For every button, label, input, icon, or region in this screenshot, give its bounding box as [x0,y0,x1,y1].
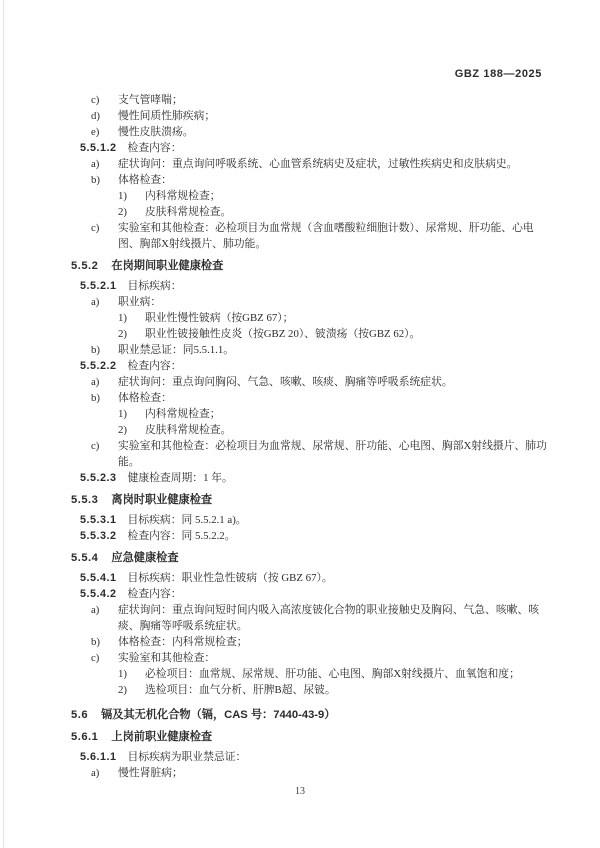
line-text: 检查内容： [128,142,182,154]
document-body: c)支气管哮喘；d)慢性间质性肺疾病；e)慢性皮肤溃疡。5.5.1.2检查内容：… [0,92,600,781]
line-marker: 5.5.2.2 [80,360,117,372]
line-marker: a) [91,156,99,172]
list-item: d)慢性间质性肺疾病； [0,108,600,124]
line-text: 检查内容： [128,588,182,600]
list-item: e)慢性皮肤溃疡。 [0,124,600,140]
list-item: a)症状询问：重点询问呼吸系统、心血管系统病史及症状，过敏性疾病史和皮肤病史。 [0,156,600,172]
line-marker: 5.5.4.1 [80,572,117,584]
line-text: 职业病： [118,296,161,308]
list-item: 2)皮肤科常规检查。 [0,204,600,220]
line-text: 职业性铍接触性皮炎（按GBZ 20）、铍溃疡（按GBZ 62）。 [145,328,420,340]
section-heading: 5.5.2在岗期间职业健康检查 [0,258,600,274]
line-marker: c) [91,220,99,236]
list-item: a)症状询问：重点询问胸闷、气急、咳嗽、咳痰、胸痛等呼吸系统症状。 [0,374,600,390]
line-text: 检查内容：同 5.5.2.2。 [128,530,236,542]
line-marker: 1) [118,310,127,326]
line-text: 职业禁忌证：同5.5.1.1。 [118,344,234,356]
line-marker: 5.5.2.3 [80,472,117,484]
list-item: a)慢性肾脏病； [0,765,600,781]
line-text: 体格检查： [118,392,172,404]
line-marker: c) [91,92,99,108]
line-text: 目标疾病：职业性急性铍病（按 GBZ 67）。 [128,572,333,584]
list-item: 2)皮肤科常规检查。 [0,422,600,438]
line-text: 健康检查周期：1 年。 [128,472,233,484]
line-text: 慢性间质性肺疾病； [118,110,215,122]
line-marker: c) [91,438,99,454]
list-item: 1)内科常规检查； [0,188,600,204]
line-marker: a) [91,294,99,310]
list-item: c)实验室和其他检查：必检项目为血常规、尿常规、肝功能、心电图、胸部X射线摄片、… [0,438,600,470]
line-marker: 5.5.3.2 [80,530,117,542]
clause-line: 5.5.1.2检查内容： [0,140,600,156]
line-marker: 5.5.1.2 [80,142,117,154]
line-marker: 2) [118,326,127,342]
line-text: 目标疾病：同 5.5.2.1 a)。 [128,514,247,526]
list-item: b)职业禁忌证：同5.5.1.1。 [0,342,600,358]
list-item: 1)必检项目：血常规、尿常规、肝功能、心电图、胸部X射线摄片、血氧饱和度； [0,666,600,682]
line-text: 症状询问：重点询问胸闷、气急、咳嗽、咳痰、胸痛等呼吸系统症状。 [118,376,453,388]
line-marker: 5.6.1 [71,731,98,743]
line-text: 慢性皮肤溃疡。 [118,126,194,138]
section-heading: 5.6.1上岗前职业健康检查 [0,729,600,745]
line-marker: 5.5.3 [71,494,98,506]
line-text: 慢性肾脏病； [118,767,183,779]
list-item: b)体格检查： [0,390,600,406]
line-text: 体格检查： [118,174,172,186]
section-heading: 5.5.3离岗时职业健康检查 [0,492,600,508]
line-text: 实验室和其他检查： [118,652,215,664]
line-text: 目标疾病为职业禁忌证： [128,751,247,763]
clause-line: 5.5.4.1目标疾病：职业性急性铍病（按 GBZ 67）。 [0,570,600,586]
clause-line: 5.5.3.1目标疾病：同 5.5.2.1 a)。 [0,512,600,528]
list-item: c)实验室和其他检查： [0,650,600,666]
line-marker: d) [91,108,100,124]
line-marker: 2) [118,682,127,698]
list-item: 1)职业性慢性铍病（按GBZ 67）； [0,310,600,326]
line-text: 实验室和其他检查：必检项目为血常规（含血嗜酸粒细胞计数）、尿常规、肝功能、心电图… [118,222,534,250]
list-item: b)体格检查：内科常规检查； [0,634,600,650]
line-marker: 5.5.4.2 [80,588,117,600]
line-text: 离岗时职业健康检查 [111,494,212,506]
line-marker: c) [91,650,99,666]
line-text: 在岗期间职业健康检查 [111,260,223,272]
line-marker: b) [91,634,100,650]
line-text: 症状询问：重点询问短时间内吸入高浓度铍化合物的职业接触史及胸闷、气急、咳嗽、咳痰… [118,604,539,632]
line-marker: 5.5.4 [71,552,98,564]
line-marker: 5.6.1.1 [80,751,117,763]
line-text: 职业性慢性铍病（按GBZ 67）； [145,312,293,324]
line-text: 皮肤科常规检查。 [145,424,231,436]
list-item: b)体格检查： [0,172,600,188]
line-text: 内科常规检查； [145,190,221,202]
list-item: c)实验室和其他检查：必检项目为血常规（含血嗜酸粒细胞计数）、尿常规、肝功能、心… [0,220,600,252]
line-marker: 1) [118,666,127,682]
clause-line: 5.5.2.1目标疾病： [0,278,600,294]
list-item: 1)内科常规检查； [0,406,600,422]
page-number: 13 [0,786,600,797]
clause-line: 5.6.1.1目标疾病为职业禁忌证： [0,749,600,765]
line-marker: a) [91,765,99,781]
line-text: 内科常规检查； [145,408,221,420]
line-marker: 5.5.3.1 [80,514,117,526]
line-text: 选检项目：血气分析、肝脾B超、尿铍。 [145,684,336,696]
line-text: 必检项目：血常规、尿常规、肝功能、心电图、胸部X射线摄片、血氧饱和度； [145,668,520,680]
document-code-header: GBZ 188—2025 [455,68,542,80]
line-marker: 1) [118,188,127,204]
list-item: c)支气管哮喘； [0,92,600,108]
line-marker: a) [91,374,99,390]
line-marker: b) [91,172,100,188]
line-marker: 5.5.2 [71,260,98,272]
line-marker: 5.5.2.1 [80,280,117,292]
line-marker: 2) [118,422,127,438]
line-text: 实验室和其他检查：必检项目为血常规、尿常规、肝功能、心电图、胸部X射线摄片、肺功… [118,440,547,468]
line-marker: b) [91,390,100,406]
line-marker: 5.6 [71,709,88,721]
clause-line: 5.5.4.2检查内容： [0,586,600,602]
line-text: 上岗前职业健康检查 [111,731,212,743]
line-text: 镉及其无机化合物（镉，CAS 号：7440-43-9） [101,709,335,721]
line-text: 症状询问：重点询问呼吸系统、心血管系统病史及症状，过敏性疾病史和皮肤病史。 [118,158,517,170]
clause-line: 5.5.3.2检查内容：同 5.5.2.2。 [0,528,600,544]
clause-line: 5.5.2.2检查内容： [0,358,600,374]
list-item: 2)职业性铍接触性皮炎（按GBZ 20）、铍溃疡（按GBZ 62）。 [0,326,600,342]
line-text: 支气管哮喘； [118,94,183,106]
line-text: 体格检查：内科常规检查； [118,636,248,648]
line-text: 皮肤科常规检查。 [145,206,231,218]
line-text: 目标疾病： [128,280,182,292]
clause-line: 5.5.2.3健康检查周期：1 年。 [0,470,600,486]
section-heading: 5.6镉及其无机化合物（镉，CAS 号：7440-43-9） [0,707,600,723]
line-text: 检查内容： [128,360,182,372]
line-marker: e) [91,124,99,140]
list-item: 2)选检项目：血气分析、肝脾B超、尿铍。 [0,682,600,698]
line-marker: b) [91,342,100,358]
line-marker: 2) [118,204,127,220]
line-text: 应急健康检查 [111,552,178,564]
document-page: GBZ 188—2025 c)支气管哮喘；d)慢性间质性肺疾病；e)慢性皮肤溃疡… [0,0,600,848]
line-marker: 1) [118,406,127,422]
list-item: a)症状询问：重点询问短时间内吸入高浓度铍化合物的职业接触史及胸闷、气急、咳嗽、… [0,602,600,634]
section-heading: 5.5.4应急健康检查 [0,550,600,566]
line-marker: a) [91,602,99,618]
list-item: a)职业病： [0,294,600,310]
